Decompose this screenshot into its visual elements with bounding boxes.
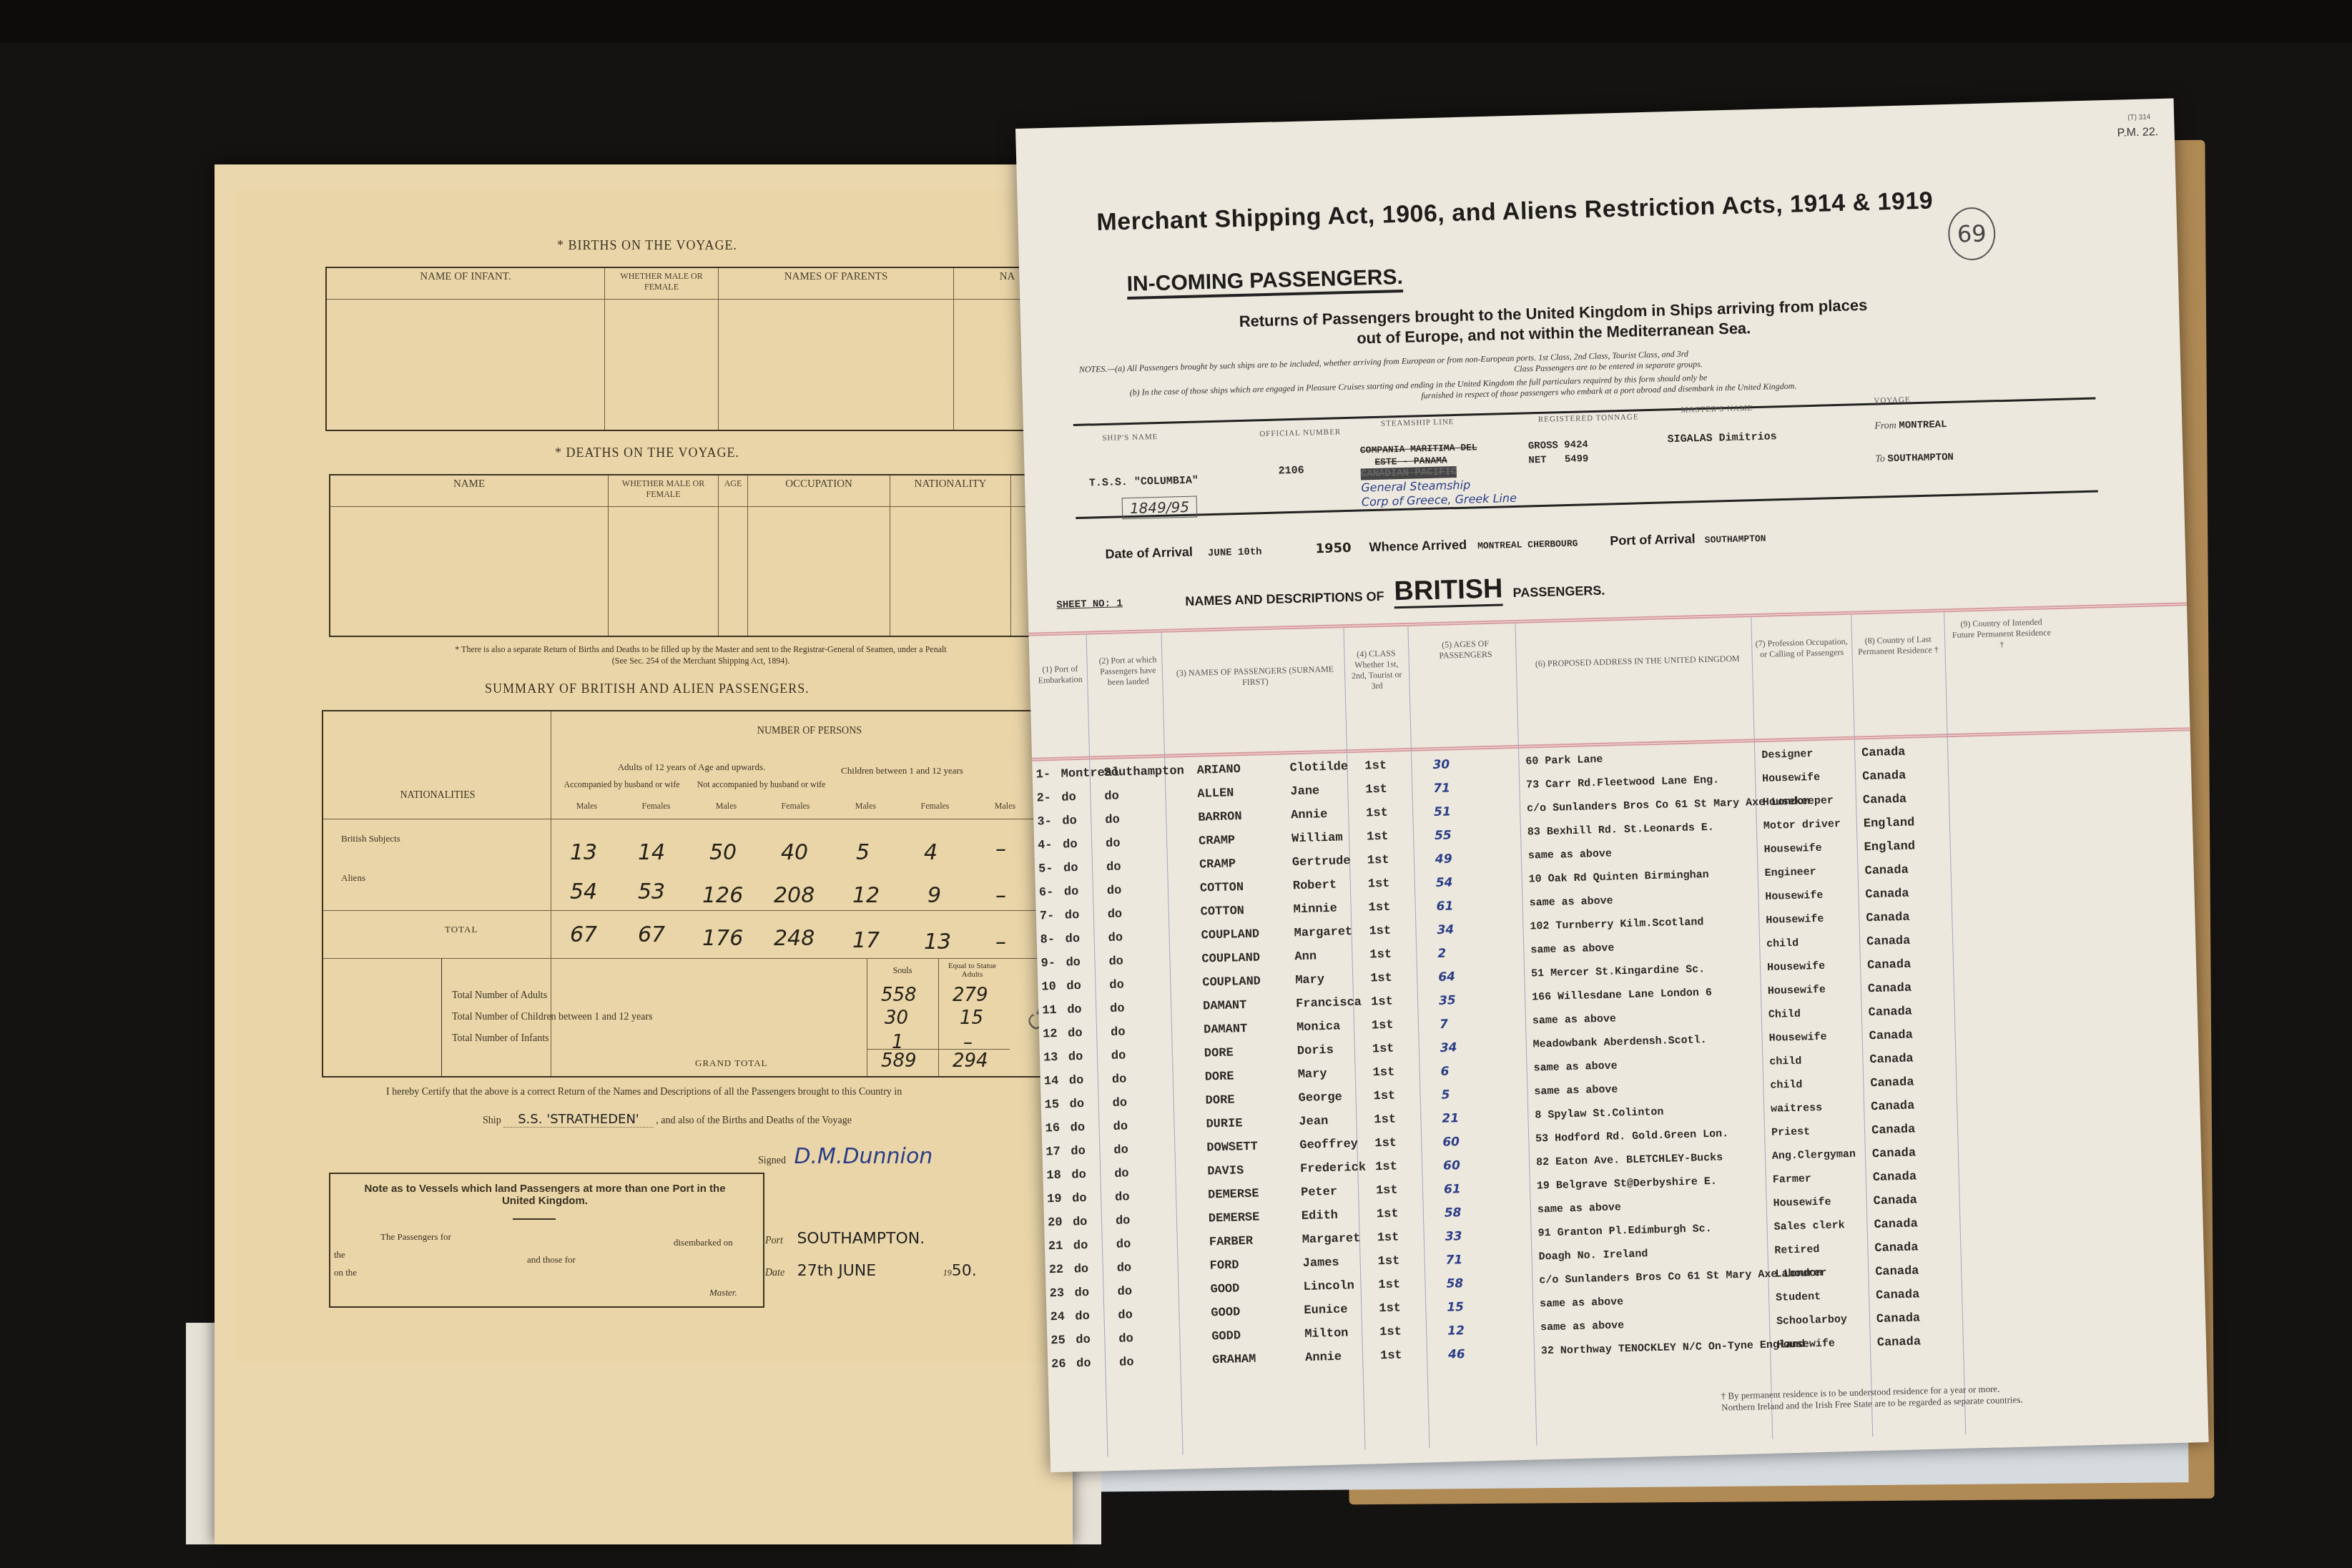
surname: GODD (1211, 1329, 1241, 1343)
occupation: Housekeeper (1763, 794, 1834, 809)
port-of-embarkation: do (1067, 1003, 1082, 1017)
col-address: (6) PROPOSED ADDRESS IN THE UNITED KINGD… (1530, 654, 1745, 670)
deaths-title: * DEATHS ON THE VOYAGE. (236, 445, 1058, 460)
age: 49 (1435, 852, 1452, 867)
number-of-persons-header: NUMBER OF PERSONS (552, 726, 1067, 737)
certificate-ship-line: Ship S.S. 'STRATHEDEN' , and also of the… (483, 1112, 852, 1127)
row-number: 3- (1037, 815, 1052, 829)
port-of-embarkation: do (1073, 1216, 1088, 1230)
row-number: 6- (1039, 886, 1054, 900)
occupation: child (1766, 937, 1799, 950)
row-number: 13 (1043, 1051, 1058, 1065)
port-of-embarkation: do (1070, 1098, 1085, 1112)
given-name: Robert (1293, 879, 1337, 894)
port-of-embarkation: do (1074, 1263, 1089, 1277)
row-number: 26 (1051, 1358, 1066, 1372)
surname: FARBER (1209, 1235, 1254, 1250)
nationalities-header: NATIONALITIES (323, 790, 552, 802)
folio-number: 69 (1947, 207, 1996, 261)
ship-suffix: , and also of the Births and Deaths of t… (656, 1115, 852, 1126)
passenger-class: 1st (1367, 854, 1389, 868)
last-residence: Canada (1875, 1264, 1919, 1279)
port-landed: do (1113, 1143, 1128, 1158)
port-of-embarkation: do (1076, 1333, 1091, 1348)
given-name: Francisca (1296, 996, 1362, 1011)
given-name: Monica (1296, 1020, 1341, 1035)
summary-value: 9 (927, 883, 941, 908)
given-name: Mary (1298, 1067, 1327, 1082)
port-of-embarkation: do (1063, 862, 1078, 876)
passenger-class: 1st (1368, 901, 1390, 915)
passenger-class: 1st (1376, 1184, 1398, 1198)
port-of-embarkation: do (1071, 1145, 1086, 1159)
steamship-line-header: STEAMSHIP LINE (1381, 418, 1455, 428)
col-occupation: (7) Profession Occupation, or Calling of… (1755, 636, 1849, 660)
sex-header-row: Males Females Males Females Males Female… (552, 801, 1067, 817)
summary-table: NATIONALITIES NUMBER OF PERSONS Adults o… (322, 710, 1067, 1078)
age: 30 (1432, 757, 1450, 772)
total-label: Total Number of Adults (452, 990, 547, 1002)
port-landed: do (1109, 978, 1124, 992)
age: 33 (1445, 1229, 1462, 1244)
age: 61 (1444, 1182, 1461, 1197)
certificate-text: I hereby Certify that the above is a cor… (386, 1087, 1058, 1098)
surname: BARRON (1198, 810, 1242, 825)
master-name: SIGALAS Dimitrios (1667, 430, 1776, 445)
surname: COUPLAND (1201, 927, 1259, 942)
given-name: Edith (1302, 1209, 1338, 1223)
summary-value: 176 (702, 926, 743, 951)
row-number: 22 (1049, 1263, 1064, 1278)
port-landed: do (1106, 860, 1121, 874)
last-residence: Canada (1874, 1217, 1918, 1232)
given-name: Jane (1290, 784, 1319, 799)
voyage-to: To SOUTHAMPTON (1875, 452, 1954, 465)
last-residence: Canada (1871, 1123, 1916, 1138)
total-label: Total Number of Infants (452, 1033, 548, 1045)
last-residence: Canada (1869, 1052, 1914, 1067)
row-label: Aliens (341, 872, 365, 884)
passenger-class: 1st (1377, 1254, 1399, 1268)
row-number: 11 (1042, 1004, 1057, 1018)
proposed-address: 73 Carr Rd.Fleetwood Lane Eng. (1526, 774, 1719, 792)
passenger-class: 1st (1370, 972, 1392, 986)
row-number: 4- (1038, 839, 1053, 853)
proposed-address: same as above (1540, 1319, 1624, 1333)
proposed-address: 8 Spylaw St.Colinton (1535, 1106, 1663, 1122)
occupation: Schoolarboy (1776, 1313, 1847, 1328)
occupation: Housewife (1777, 1338, 1835, 1351)
port-of-embarkation: do (1069, 1074, 1084, 1088)
proposed-address: 91 Granton Pl.Edimburgh Sc. (1537, 1223, 1711, 1239)
summary-value: 208 (774, 883, 815, 908)
age: 60 (1442, 1135, 1460, 1150)
births-col-sex: WHETHER MALE OR FEMALE (605, 267, 719, 299)
names-title-a: NAMES AND DESCRIPTIONS OF (1185, 589, 1384, 608)
col-names: (3) NAMES OF PASSENGERS (SURNAME FIRST) (1173, 664, 1338, 689)
given-name: Milton (1304, 1326, 1349, 1341)
row-number: 15 (1045, 1098, 1060, 1113)
binder-edge (0, 0, 2352, 43)
passenger-class: 1st (1372, 1066, 1394, 1080)
net-value: 5499 (1565, 453, 1589, 465)
last-residence: Canada (1871, 1100, 1915, 1115)
surname: DAMANT (1203, 999, 1247, 1014)
given-name: Annie (1291, 808, 1327, 822)
voyage-from: From MONTREAL (1874, 419, 1947, 433)
col-port-embarkation: (1) Port of Embarkation (1033, 664, 1088, 686)
tonnage-header: REGISTERED TONNAGE (1538, 413, 1639, 424)
struck-line-1: COMPANIA MARITIMA DEL (1360, 442, 1477, 455)
act-title: Merchant Shipping Act, 1906, and Aliens … (1096, 187, 1934, 237)
names-title-british: BRITISH (1394, 573, 1503, 608)
gross-label: GROSS (1528, 440, 1558, 452)
surname: DURIE (1206, 1117, 1242, 1131)
footnote-line: * There is also a separate Return of Bir… (336, 644, 1066, 655)
port-landed: do (1117, 1261, 1132, 1276)
ship-name-header: SHIP'S NAME (1102, 433, 1158, 443)
summary-row-british: British Subjects 13 14 50 40 5 4 – (323, 826, 1067, 869)
age: 58 (1445, 1205, 1462, 1221)
col-port-landed: (2) Port at which Passengers have been l… (1093, 654, 1162, 688)
proposed-address: 53 Hodford Rd. Gold.Green Lon. (1535, 1128, 1728, 1145)
age: 51 (1434, 804, 1451, 819)
port-of-arrival-label: Port of Arrival (1610, 531, 1696, 548)
proposed-address: 60 Park Lane (1525, 754, 1603, 768)
port-of-embarkation: do (1064, 885, 1079, 899)
summary-value: – (995, 930, 1006, 955)
port-of-embarkation: do (1066, 956, 1081, 970)
proposed-address: same as above (1533, 1060, 1617, 1074)
port-landed: do (1118, 1332, 1133, 1346)
port-landed: do (1117, 1285, 1132, 1299)
row-number: 10 (1041, 980, 1056, 995)
last-residence: Canada (1864, 864, 1909, 879)
port-field: Port SOUTHAMPTON. (765, 1230, 925, 1248)
summary-value: 40 (781, 840, 808, 865)
arrival-date-label: Date of Arrival (1105, 545, 1193, 561)
from-label: From (1874, 420, 1896, 432)
passenger-class: 1st (1372, 1019, 1394, 1033)
last-residence: Canada (1873, 1170, 1917, 1185)
last-residence: Canada (1862, 769, 1906, 784)
passenger-class: 1st (1364, 759, 1387, 774)
date-year: 50. (952, 1262, 977, 1280)
given-name: Margaret (1294, 925, 1352, 940)
port-of-embarkation: do (1070, 1121, 1085, 1135)
surname: DOWSETT (1206, 1140, 1258, 1155)
arrival-year: 1950 (1315, 541, 1352, 556)
surname: DAMANT (1204, 1022, 1248, 1037)
port-of-embarkation: do (1075, 1310, 1090, 1324)
given-name: Clotilde (1289, 760, 1348, 775)
proposed-address: same as above (1532, 1012, 1616, 1027)
passenger-class: 1st (1372, 1042, 1394, 1057)
port-of-embarkation: do (1073, 1239, 1088, 1253)
occupation: Labourer (1775, 1267, 1826, 1281)
port-landed: do (1113, 1120, 1128, 1134)
summary-row-total: TOTAL 67 67 176 248 17 13 – (323, 915, 1067, 958)
row-number: 7- (1040, 909, 1055, 924)
port-value: SOUTHAMPTON. (797, 1230, 925, 1248)
children-header: Children between 1 and 12 years (832, 765, 972, 776)
passenger-class: 1st (1379, 1301, 1401, 1316)
note-box: Note as to Vessels which land Passengers… (329, 1173, 764, 1308)
births-title: * BIRTHS ON THE VOYAGE. (236, 238, 1058, 253)
port-landed: do (1110, 1002, 1125, 1016)
form-heading: IN-COMING PASSENGERS. (1126, 265, 1403, 300)
port-label: Port (765, 1236, 783, 1246)
given-name: Margaret (1302, 1232, 1361, 1247)
total-statute: 15 (960, 1007, 983, 1029)
occupation: Sales clerk (1773, 1219, 1844, 1233)
row-number: 5- (1038, 862, 1053, 877)
date-year-prefix: 19 (943, 1268, 952, 1278)
last-residence: Canada (1866, 935, 1911, 950)
occupation: Motor driver (1763, 818, 1841, 832)
row-number: 19 (1047, 1193, 1062, 1207)
port-landed: do (1116, 1214, 1131, 1228)
given-name: Gertrude (1292, 854, 1351, 869)
box-reference: 1849/95 (1122, 496, 1198, 520)
last-residence: Canada (1869, 1005, 1913, 1020)
port-landed: do (1107, 884, 1122, 898)
port-landed: do (1104, 790, 1119, 804)
surname: DORE (1205, 1070, 1234, 1084)
note-text: the (334, 1249, 345, 1261)
births-table: NAME OF INFANT. WHETHER MALE OR FEMALE N… (325, 267, 1062, 431)
age: 15 (1447, 1300, 1464, 1315)
port-of-embarkation: do (1071, 1168, 1086, 1183)
summary-value: – (995, 837, 1006, 862)
note-text: disembarked on (674, 1237, 733, 1248)
port-of-embarkation: do (1065, 909, 1080, 923)
proposed-address: same as above (1534, 1083, 1618, 1098)
deaths-col-nationality: NATIONALITY (890, 475, 1011, 506)
date-value: 27th JUNE (797, 1262, 877, 1280)
handwritten-line-1: General Steamship (1361, 478, 1470, 495)
incoming-passengers-form: (T) 314 P.M. 22. Merchant Shipping Act, … (1015, 99, 2209, 1473)
given-name: James (1302, 1256, 1339, 1271)
passenger-class: 1st (1373, 1090, 1395, 1104)
passenger-class: 1st (1377, 1231, 1399, 1245)
age: 54 (1436, 875, 1453, 890)
surname: DAVIS (1207, 1164, 1244, 1178)
col-ages: (5) AGES OF PASSENGERS (1415, 638, 1516, 662)
last-residence: Canada (1861, 746, 1906, 761)
port-landed: do (1108, 907, 1123, 922)
gross-tonnage: GROSS 9424 (1528, 439, 1588, 452)
occupation: Farmer (1773, 1173, 1811, 1185)
struck-line-2: ESTE - PANAMA (1374, 455, 1447, 468)
row-number: 8- (1040, 933, 1055, 947)
passenger-class: 1st (1374, 1137, 1397, 1151)
occupation: Housewife (1773, 1196, 1831, 1210)
passenger-class: 1st (1366, 807, 1388, 821)
port-of-embarkation: do (1061, 791, 1076, 805)
surname: ALLEN (1197, 787, 1234, 801)
row-number: 12 (1043, 1027, 1058, 1042)
age: 21 (1442, 1111, 1459, 1126)
given-name: Mary (1295, 973, 1324, 987)
given-name: Jean (1299, 1115, 1328, 1129)
souls-header: Souls (867, 965, 938, 976)
age: 34 (1440, 1040, 1457, 1055)
age: 60 (1443, 1158, 1460, 1173)
master-header: MASTER'S NAME (1681, 404, 1753, 415)
sex-label: Females (621, 801, 691, 812)
deaths-col-sex: WHETHER MALE OR FEMALE (609, 475, 719, 506)
port-landed: do (1108, 931, 1123, 945)
footnote-line: (See Sec. 254 of the Merchant Shipping A… (336, 655, 1066, 666)
port-landed: do (1116, 1238, 1131, 1252)
surname: GOOD (1211, 1306, 1240, 1320)
surname: DORE (1204, 1046, 1234, 1060)
passenger-class: 1st (1371, 995, 1393, 1010)
arrival-line: Date of Arrival JUNE 10th 1950 Whence Ar… (1105, 530, 1766, 562)
last-residence: Canada (1873, 1194, 1917, 1209)
summary-value: 14 (638, 840, 665, 865)
row-number: 16 (1045, 1122, 1060, 1136)
last-residence: Canada (1867, 958, 1911, 973)
summary-value: 54 (570, 879, 597, 904)
not-accompanied-header: Not accompanied by husband or wife (692, 779, 831, 790)
port-landed: do (1105, 814, 1120, 828)
ship-details-table: SHIP'S NAME OFFICIAL NUMBER STEAMSHIP LI… (1073, 401, 2098, 517)
occupation: Retired (1774, 1243, 1819, 1257)
age: 2 (1437, 947, 1446, 961)
age: 71 (1433, 781, 1450, 796)
sex-label: Males (692, 801, 761, 812)
surname: DEMERSE (1208, 1188, 1259, 1203)
passenger-class: 1st (1378, 1278, 1400, 1292)
ship-name: T.S.S. "COLUMBIA" (1089, 474, 1199, 489)
occupation: Housewife (1762, 771, 1820, 785)
passenger-class: 1st (1367, 830, 1389, 844)
total-souls: 558 (881, 985, 917, 1006)
port-landed: do (1118, 1308, 1133, 1323)
names-title-c: PASSENGERS. (1512, 583, 1605, 600)
proposed-address: 51 Mercer St.Kingardine Sc. (1531, 963, 1705, 980)
age: 58 (1446, 1276, 1463, 1291)
row-number: 25 (1050, 1334, 1066, 1348)
summary-value: 53 (638, 879, 665, 904)
sex-label: Males (831, 801, 900, 812)
passenger-column-headers: (1) Port of Embarkation (2) Port at whic… (1029, 613, 2190, 757)
port-of-arrival-value: SOUTHAMPTON (1705, 533, 1766, 546)
ship-value: S.S. 'STRATHEDEN' (503, 1112, 654, 1128)
occupation: Student (1776, 1291, 1821, 1304)
sex-label: Males (552, 801, 621, 812)
proposed-address: Meadowbank Aberdensh.Scotl. (1533, 1034, 1707, 1050)
last-residence: England (1864, 816, 1915, 831)
note-box-title: Note as to Vessels which land Passengers… (359, 1183, 731, 1207)
passenger-class: 1st (1379, 1325, 1402, 1339)
port-of-embarkation: do (1068, 1050, 1083, 1065)
age: 6 (1440, 1065, 1449, 1079)
given-name: Minnie (1293, 902, 1337, 917)
deaths-col-occupation: OCCUPATION (748, 475, 890, 506)
summary-value: 12 (852, 883, 880, 908)
births-deaths-footnote: * There is also a separate Return of Bir… (336, 644, 1066, 666)
from-value: MONTREAL (1899, 419, 1947, 432)
note-master: Master. (709, 1287, 737, 1298)
occupation: Priest (1771, 1125, 1810, 1138)
port-landed: do (1106, 837, 1121, 852)
surname: COUPLAND (1201, 951, 1260, 966)
adults-header: Adults of 12 years of Age and upwards. (552, 761, 831, 773)
whence-label: Whence Arrived (1369, 538, 1467, 555)
grand-total-label: GRAND TOTAL (695, 1057, 768, 1069)
occupation: Housewife (1766, 913, 1824, 927)
age: 61 (1436, 899, 1453, 914)
proposed-address: 19 Belgrave St@Derbyshire E. (1537, 1175, 1717, 1193)
last-residence: Canada (1868, 982, 1912, 997)
ship-label: Ship (483, 1115, 501, 1126)
port-of-embarkation: do (1074, 1286, 1089, 1301)
note-text: on the (334, 1267, 357, 1278)
proposed-address: same as above (1529, 894, 1613, 909)
to-label: To (1875, 453, 1885, 464)
total-label: Total Number of Children between 1 and 1… (452, 1012, 653, 1023)
occupation: Engineer (1764, 866, 1816, 879)
occupation: child (1769, 1055, 1801, 1068)
births-col-parents: NAMES OF PARENTS (719, 267, 954, 299)
official-number-header: OFFICIAL NUMBER (1259, 428, 1341, 438)
row-number: 1- (1035, 768, 1050, 782)
age: 35 (1439, 993, 1456, 1008)
age: 64 (1438, 970, 1455, 985)
row-number: 20 (1048, 1216, 1063, 1231)
port-of-embarkation: do (1068, 1027, 1083, 1041)
names-title: NAMES AND DESCRIPTIONS OF BRITISH PASSEN… (1185, 571, 1605, 613)
row-label: British Subjects (341, 833, 400, 844)
note-text: and those for (527, 1254, 576, 1266)
passenger-class: 1st (1369, 924, 1391, 939)
given-name: Lincoln (1303, 1279, 1354, 1294)
surname: GOOD (1210, 1282, 1239, 1296)
summary-value: 5 (856, 840, 870, 865)
deaths-table: NAME WHETHER MALE OR FEMALE AGE OCCUPATI… (329, 474, 1066, 637)
proposed-address: 83 Bexhill Rd. St.Leonards E. (1527, 822, 1714, 839)
last-residence: Canada (1865, 887, 1909, 902)
occupation: Child (1768, 1008, 1801, 1021)
row-number: 21 (1048, 1240, 1063, 1254)
sex-label: Females (761, 801, 830, 812)
proposed-address: 166 Willesdane Lane London 6 (1532, 987, 1712, 1004)
port-landed: Southampton (1103, 764, 1184, 780)
surname: FORD (1209, 1258, 1239, 1273)
summary-value: 248 (774, 926, 815, 951)
passenger-class: 1st (1365, 783, 1387, 797)
age: 34 (1437, 922, 1454, 937)
summary-value: – (995, 883, 1006, 908)
passenger-list: 1-MontrealSouthamptonARIANOClotilde1st30… (1032, 738, 2208, 1447)
passenger-class: 1st (1374, 1113, 1396, 1128)
last-residence: Canada (1876, 1311, 1921, 1326)
last-residence: Canada (1869, 1029, 1913, 1044)
passenger-class: 1st (1375, 1160, 1397, 1175)
form-code: (T) 314 (2127, 113, 2151, 122)
occupation: Housewife (1765, 889, 1823, 903)
passenger-class: 1st (1380, 1348, 1402, 1363)
net-tonnage: NET 5499 (1528, 453, 1588, 466)
proposed-address: same as above (1540, 1296, 1623, 1310)
proposed-address: same as above (1530, 942, 1614, 956)
total-statute: 279 (953, 985, 988, 1006)
port-landed: do (1114, 1167, 1129, 1181)
last-residence: England (1864, 839, 1915, 854)
